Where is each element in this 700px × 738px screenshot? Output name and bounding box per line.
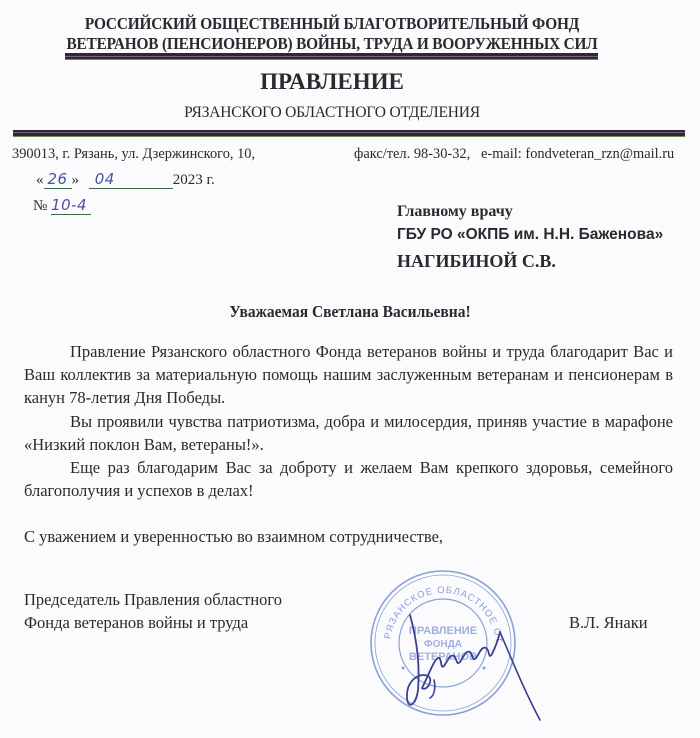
- org-name-line1: РОССИЙСКИЙ ОБЩЕСТВЕННЫЙ БЛАГОТВОРИТЕЛЬНЫ…: [23, 14, 641, 34]
- paragraph-1: Правление Рязанского областного Фонда ве…: [24, 340, 673, 410]
- contacts: факс/тел. 98-30-32, e-mail: fondveteran_…: [354, 146, 674, 163]
- salutation: Уважаемая Светлана Васильевна!: [21, 302, 679, 322]
- handwritten-signature: [372, 580, 547, 730]
- paragraph-2: Вы проявили чувства патриотизма, добра и…: [24, 410, 673, 456]
- recipient-name: НАГИБИНОЙ С.В.: [397, 251, 556, 272]
- signer-name: В.Л. Янаки: [569, 613, 648, 633]
- signer-position-line1: Председатель Правления областного: [24, 590, 282, 610]
- paragraph-3: Еще раз благодарим Вас за доброту и жела…: [24, 456, 673, 502]
- date-day-field: 26: [44, 170, 72, 189]
- board-subtitle: РЯЗАНСКОГО ОБЛАСТНОГО ОТДЕЛЕНИЯ: [0, 104, 664, 122]
- letter-number: № 10-4: [33, 196, 91, 215]
- org-name-line2: ВЕТЕРАНОВ (ПЕНСИОНЕРОВ) ВОЙНЫ, ТРУДА И В…: [23, 34, 641, 54]
- address: 390013, г. Рязань, ул. Дзержинского, 10,: [12, 146, 255, 163]
- letter-date: «26» 042023 г.: [36, 170, 215, 189]
- letter-body: Правление Рязанского областного Фонда ве…: [24, 340, 673, 502]
- letter-number-field: 10-4: [51, 196, 91, 215]
- signature-icon: [372, 580, 547, 730]
- date-month-field: 04: [89, 170, 173, 189]
- contact-line: 390013, г. Рязань, ул. Дзержинского, 10,…: [12, 146, 688, 163]
- board-title: ПРАВЛЕНИЕ: [0, 69, 664, 95]
- recipient-position: Главному врачу: [397, 203, 513, 221]
- signer-position-line2: Фонда ветеранов войны и труда: [24, 613, 248, 633]
- date-year: 2023 г.: [173, 172, 215, 188]
- closing-phrase: С уважением и уверенностью во взаимном с…: [24, 527, 443, 547]
- recipient-organization: ГБУ РО «ОКПБ им. Н.Н. Баженова»: [397, 226, 663, 244]
